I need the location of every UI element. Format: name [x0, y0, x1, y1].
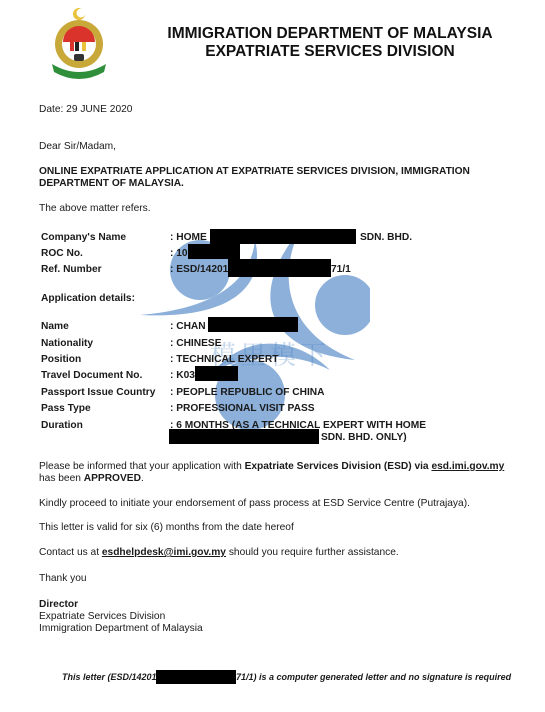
name-value: : CHAN	[170, 320, 206, 333]
footer-note-suffix: 71/1) is a computer generated letter and…	[236, 672, 511, 682]
pass-type-value: : PROFESSIONAL VISIT PASS	[170, 402, 315, 415]
helpdesk-email-link[interactable]: esdhelpdesk@imi.gov.my	[102, 547, 226, 558]
ref-number-suffix: 71/1	[331, 263, 351, 276]
salutation: Dear Sir/Madam,	[39, 140, 116, 153]
passport-country-value: : PEOPLE REPUBLIC OF CHINA	[170, 386, 325, 399]
endorsement-paragraph: Kindly proceed to initiate your endorsem…	[39, 497, 470, 510]
esd-website-link[interactable]: esd.imi.gov.my	[431, 461, 504, 472]
position-label: Position	[41, 353, 81, 366]
immigration-crest-logo	[44, 4, 114, 80]
travel-document-label: Travel Document No.	[41, 369, 142, 382]
approval-paragraph-line-2: has been APPROVED.	[39, 472, 144, 485]
company-name-label: Company's Name	[41, 231, 126, 244]
ref-number-label: Ref. Number	[41, 263, 102, 276]
signature-department: Immigration Department of Malaysia	[39, 622, 203, 635]
redaction-bar	[169, 429, 319, 444]
duration-label: Duration	[41, 419, 83, 432]
application-details-heading: Application details:	[41, 292, 135, 305]
contact-text: Contact us at	[39, 547, 102, 558]
redaction-bar	[195, 366, 238, 381]
esd-text: Expatriate Services Division (ESD) via	[245, 461, 432, 472]
subject-line-2: DEPARTMENT OF MALAYSIA.	[39, 177, 184, 190]
department-title: IMMIGRATION DEPARTMENT OF MALAYSIA	[150, 24, 510, 43]
pass-type-label: Pass Type	[41, 402, 91, 415]
position-value: : TECHNICAL EXPERT	[170, 353, 279, 366]
redaction-bar	[210, 229, 356, 244]
redaction-bar	[228, 259, 331, 277]
roc-label: ROC No.	[41, 247, 83, 260]
approval-text-2: has been	[39, 473, 84, 484]
duration-value-line-2: SDN. BHD. ONLY)	[321, 431, 407, 444]
period: .	[141, 473, 144, 484]
travel-document-value: : K03	[170, 369, 195, 382]
validity-paragraph: This letter is valid for six (6) months …	[39, 521, 294, 534]
contact-paragraph: Contact us at esdhelpdesk@imi.gov.my sho…	[39, 546, 399, 559]
nationality-label: Nationality	[41, 337, 93, 350]
redaction-bar	[188, 244, 240, 259]
redaction-bar	[208, 317, 298, 332]
roc-value: : 10	[170, 247, 188, 260]
nationality-value: : CHINESE	[170, 337, 222, 350]
letter-date: Date: 29 JUNE 2020	[39, 103, 132, 116]
contact-text-2: should you require further assistance.	[226, 547, 399, 558]
company-name-prefix: : HOME	[170, 231, 207, 244]
passport-country-label: Passport Issue Country	[41, 386, 155, 399]
division-title: EXPATRIATE SERVICES DIVISION	[150, 42, 510, 61]
redaction-bar	[156, 670, 236, 684]
approval-text: Please be informed that your application…	[39, 461, 245, 472]
ref-number-prefix: : ESD/14201	[170, 263, 228, 276]
footer-note-prefix: This letter (ESD/14201	[62, 672, 157, 682]
company-name-suffix: SDN. BHD.	[360, 231, 412, 244]
approved-status: APPROVED	[84, 473, 141, 484]
thank-you: Thank you	[39, 572, 87, 585]
intro-text: The above matter refers.	[39, 202, 151, 215]
name-label: Name	[41, 320, 69, 333]
